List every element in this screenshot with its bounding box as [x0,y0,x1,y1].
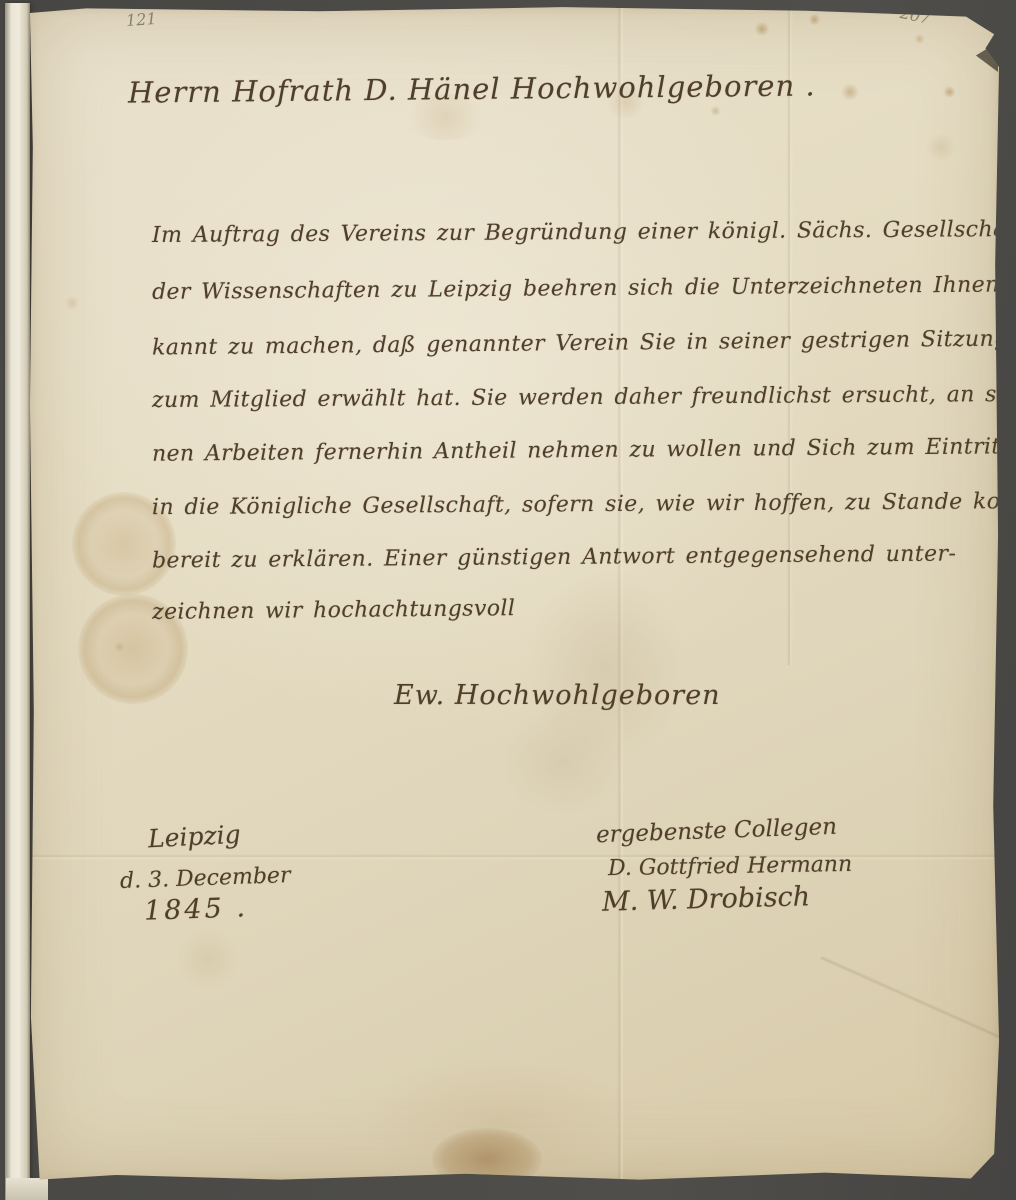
foxing-spot [754,22,770,36]
scanned-letter-photo: { "scan": { "archive_number_left": "121"… [0,0,1016,1200]
foxing-spot [64,296,80,310]
foxing-spot [808,14,821,25]
salutation-line: Herrn Hofrath D. Hänel Hochwohlgeboren . [128,68,816,109]
body-line: zeichnen wir hochachtungsvoll [152,596,516,625]
year-line: 1845 . [143,892,248,927]
foxing-spot [114,642,125,652]
foxing-spot [178,924,238,994]
paper-edge-shading [28,6,1000,1182]
signature-hermann: D. Gottfried Hermann [608,852,853,881]
place-line: Leipzig [147,820,241,854]
letter-page: 121 207 Herrn Hofrath D. Hänel Hochwohlg… [28,6,1000,1182]
closing-line: Ew. Hochwohlgeboren [394,680,721,711]
foxing-spot [710,106,721,116]
signature-drobisch: M. W. Drobisch [602,881,811,917]
foxing-spot [943,86,956,98]
foxing-spot [924,134,958,160]
archive-number-left: 121 [125,9,157,30]
book-page-edge [5,3,30,1200]
foxing-spot [914,34,925,44]
foxing-spot [840,84,860,100]
book-page-edge-foot [6,1178,48,1200]
